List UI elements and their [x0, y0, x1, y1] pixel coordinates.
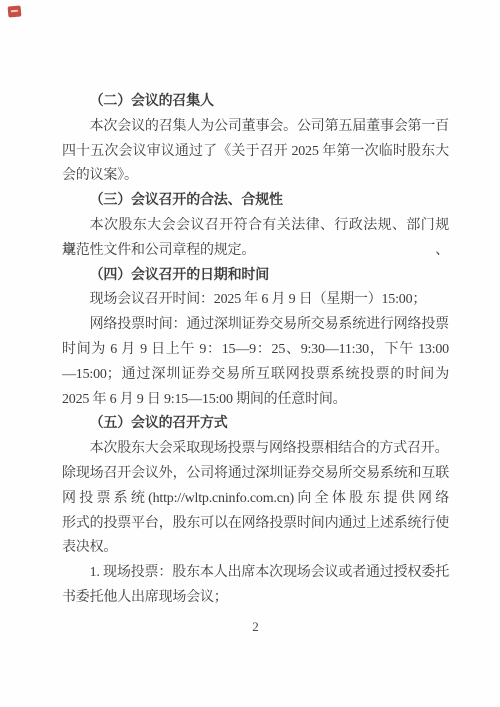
- text-line: 除现场召开会议外，公司将通过深圳证券交易所交易系统和互联: [62, 462, 449, 487]
- text-line: 本次会议的召集人为公司董事会。公司第五届董事会第一百: [62, 115, 449, 140]
- section-heading-2: （二）会议的召集人: [62, 90, 449, 115]
- text-line-vote-url: 网投票系统(http://wltp.cninfo.com.cn)向全体股东提供网…: [62, 487, 449, 512]
- section-heading-4: （四）会议召开的日期和时间: [62, 264, 449, 289]
- document-page: （二）会议的召集人 本次会议的召集人为公司董事会。公司第五届董事会第一百 四十五…: [0, 0, 500, 707]
- section-heading-5: （五）会议的召开方式: [62, 412, 449, 437]
- text-line: 书委托他人出席现场会议；: [62, 586, 449, 611]
- text-line: 会的议案》。: [62, 164, 449, 189]
- document-body: （二）会议的召集人 本次会议的召集人为公司董事会。公司第五届董事会第一百 四十五…: [62, 90, 449, 611]
- text-line-meeting-time: 现场会议召开时间：2025 年 6 月 9 日（星期一）15:00；: [62, 288, 449, 313]
- text-line-vote-times: 时间为 6 月 9 日上午 9：15—9：25、9:30—11:30，下午 13…: [62, 338, 449, 363]
- text-line: —15:00；通过深圳证券交易所互联网投票系统投票的时间为: [62, 363, 449, 388]
- text-line: 四十五次会议审议通过了《关于召开 2025 年第一次临时股东大: [62, 140, 449, 165]
- red-ink-stamp-mark: [8, 5, 22, 17]
- page-number: 2: [62, 619, 449, 635]
- text-line: 本次股东大会会议召开符合有关法律、行政法规、部门规章、: [62, 214, 449, 239]
- section-heading-3: （三）会议召开的合法、合规性: [62, 189, 449, 214]
- text-line: 2025 年 6 月 9 日 9:15—15:00 期间的任意时间。: [62, 388, 449, 413]
- text-line-list-item-1: 1. 现场投票：股东本人出席本次现场会议或者通过授权委托: [62, 561, 449, 586]
- text-line: 本次股东大会采取现场投票与网络投票相结合的方式召开。: [62, 437, 449, 462]
- text-line: 表决权。: [62, 536, 449, 561]
- text-line: 网络投票时间：通过深圳证券交易所交易系统进行网络投票: [62, 313, 449, 338]
- text-line: 形式的投票平台，股东可以在网络投票时间内通过上述系统行使: [62, 512, 449, 537]
